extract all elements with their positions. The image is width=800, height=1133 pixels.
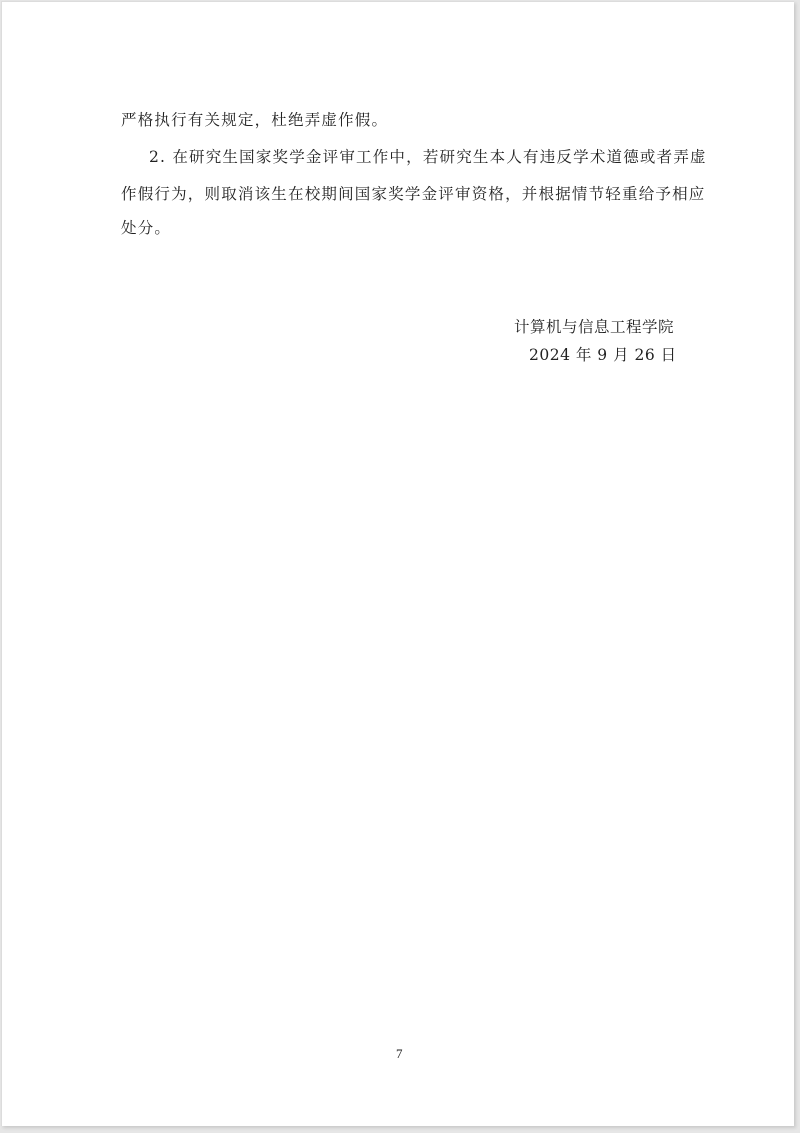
paragraph-2-line-3: 处分。	[121, 216, 171, 238]
signature-organization: 计算机与信息工程学院	[514, 315, 674, 337]
page-number: 7	[396, 1046, 403, 1062]
document-page: 严格执行有关规定，杜绝弄虚作假。 2. 在研究生国家奖学金评审工作中，若研究生本…	[1, 1, 794, 1126]
paragraph-2-line-2: 作假行为，则取消该生在校期间国家奖学金评审资格，并根据情节轻重给予相应	[121, 182, 706, 204]
signature-date: 2024 年 9 月 26 日	[529, 343, 677, 365]
paragraph-1-line-1: 严格执行有关规定，杜绝弄虚作假。	[121, 108, 388, 130]
paragraph-2-line-1: 2. 在研究生国家奖学金评审工作中，若研究生本人有违反学术道德或者弄虚	[149, 145, 707, 167]
